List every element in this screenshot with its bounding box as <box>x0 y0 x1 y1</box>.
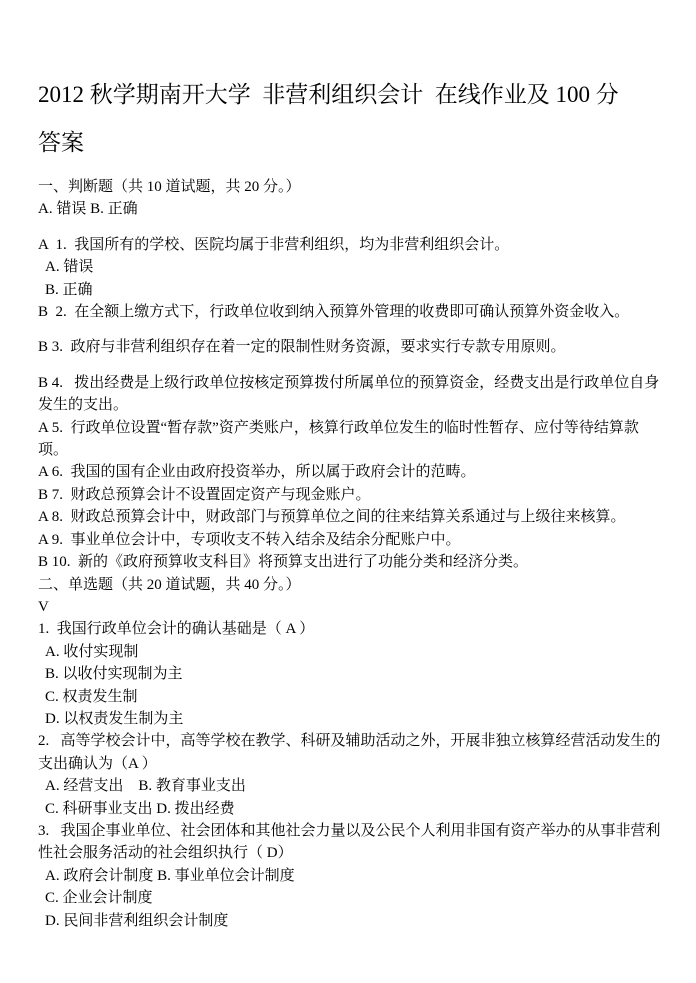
judge-q1-option-a: A. 错误 <box>38 256 668 278</box>
page-title-line-1: 2012 秋学期南开大学 非营利组织会计 在线作业及 100 分 <box>38 82 619 107</box>
single-q1-option-a: A. 收付实现制 <box>38 641 668 663</box>
page-title-line-2: 答案 <box>38 130 84 155</box>
judge-question-8: A 8. 财政总预算会计中，财政部门与预算单位之间的往来结算关系通过与上级往来核… <box>38 506 668 528</box>
single-q1-option-c: C. 权责发生制 <box>38 686 668 708</box>
judge-question-3: B 3. 政府与非营利组织存在着一定的限制性财务资源，要求实行专款专用原则。 <box>38 336 668 358</box>
single-choice-section-heading: 二、单选题（共 20 道试题，共 40 分。） <box>38 574 668 596</box>
judge-options-legend: A. 错误 B. 正确 <box>38 198 668 220</box>
judge-question-4: B 4. 拨出经费是上级行政单位按核定预算拨付所属单位的预算资金，经费支出是行政… <box>38 372 668 417</box>
blank-line <box>38 359 668 372</box>
judge-question-9: A 9. 事业单位会计中，专项收支不转入结余及结余分配账户中。 <box>38 529 668 551</box>
page-title: 2012 秋学期南开大学 非营利组织会计 在线作业及 100 分答案 <box>38 71 668 167</box>
single-q1-option-d: D. 以权责发生制为主 <box>38 708 668 730</box>
judge-section-heading: 一、判断题（共 10 道试题，共 20 分。） <box>38 176 668 198</box>
judge-question-2: B 2. 在全额上缴方式下，行政单位收到纳入预算外管理的收费即可确认预算外资金收… <box>38 301 668 323</box>
judge-question-7: B 7. 财政总预算会计不设置固定资产与现金账户。 <box>38 484 668 506</box>
single-q3-option-d: D. 民间非营利组织会计制度 <box>38 910 668 932</box>
single-question-2: 2. 高等学校会计中，高等学校在教学、科研及辅助活动之外，开展非独立核算经营活动… <box>38 730 668 775</box>
single-q2-option-row-ab: A. 经营支出 B. 教育事业支出 <box>38 775 668 797</box>
blank-line <box>38 323 668 336</box>
single-q3-option-row-ab: A. 政府会计制度 B. 事业单位会计制度 <box>38 865 668 887</box>
single-question-1: 1. 我国行政单位会计的确认基础是（ A ） <box>38 618 668 640</box>
judge-q1-option-b: B. 正确 <box>38 279 668 301</box>
single-q3-option-c: C. 企业会计制度 <box>38 887 668 909</box>
judge-question-5: A 5. 行政单位设置“暂存款”资产类账户，核算行政单位发生的临时性暂存、应付等… <box>38 417 668 462</box>
single-q2-option-row-cd: C. 科研事业支出 D. 拨出经费 <box>38 798 668 820</box>
judge-question-1: A 1. 我国所有的学校、医院均属于非营利组织，均为非营利组织会计。 <box>38 234 668 256</box>
single-q1-option-b: B. 以收付实现制为主 <box>38 663 668 685</box>
answer-marker: V <box>38 596 668 618</box>
judge-question-10: B 10. 新的《政府预算收支科目》将预算支出进行了功能分类和经济分类。 <box>38 551 668 573</box>
single-question-3: 3. 我国企事业单位、社会团体和其他社会力量以及公民个人利用非国有资产举办的从事… <box>38 820 668 865</box>
blank-line <box>38 221 668 234</box>
document-page: 2012 秋学期南开大学 非营利组织会计 在线作业及 100 分答案 一、判断题… <box>0 0 696 983</box>
judge-question-6: A 6. 我国的国有企业由政府投资举办，所以属于政府会计的范畴。 <box>38 461 668 483</box>
